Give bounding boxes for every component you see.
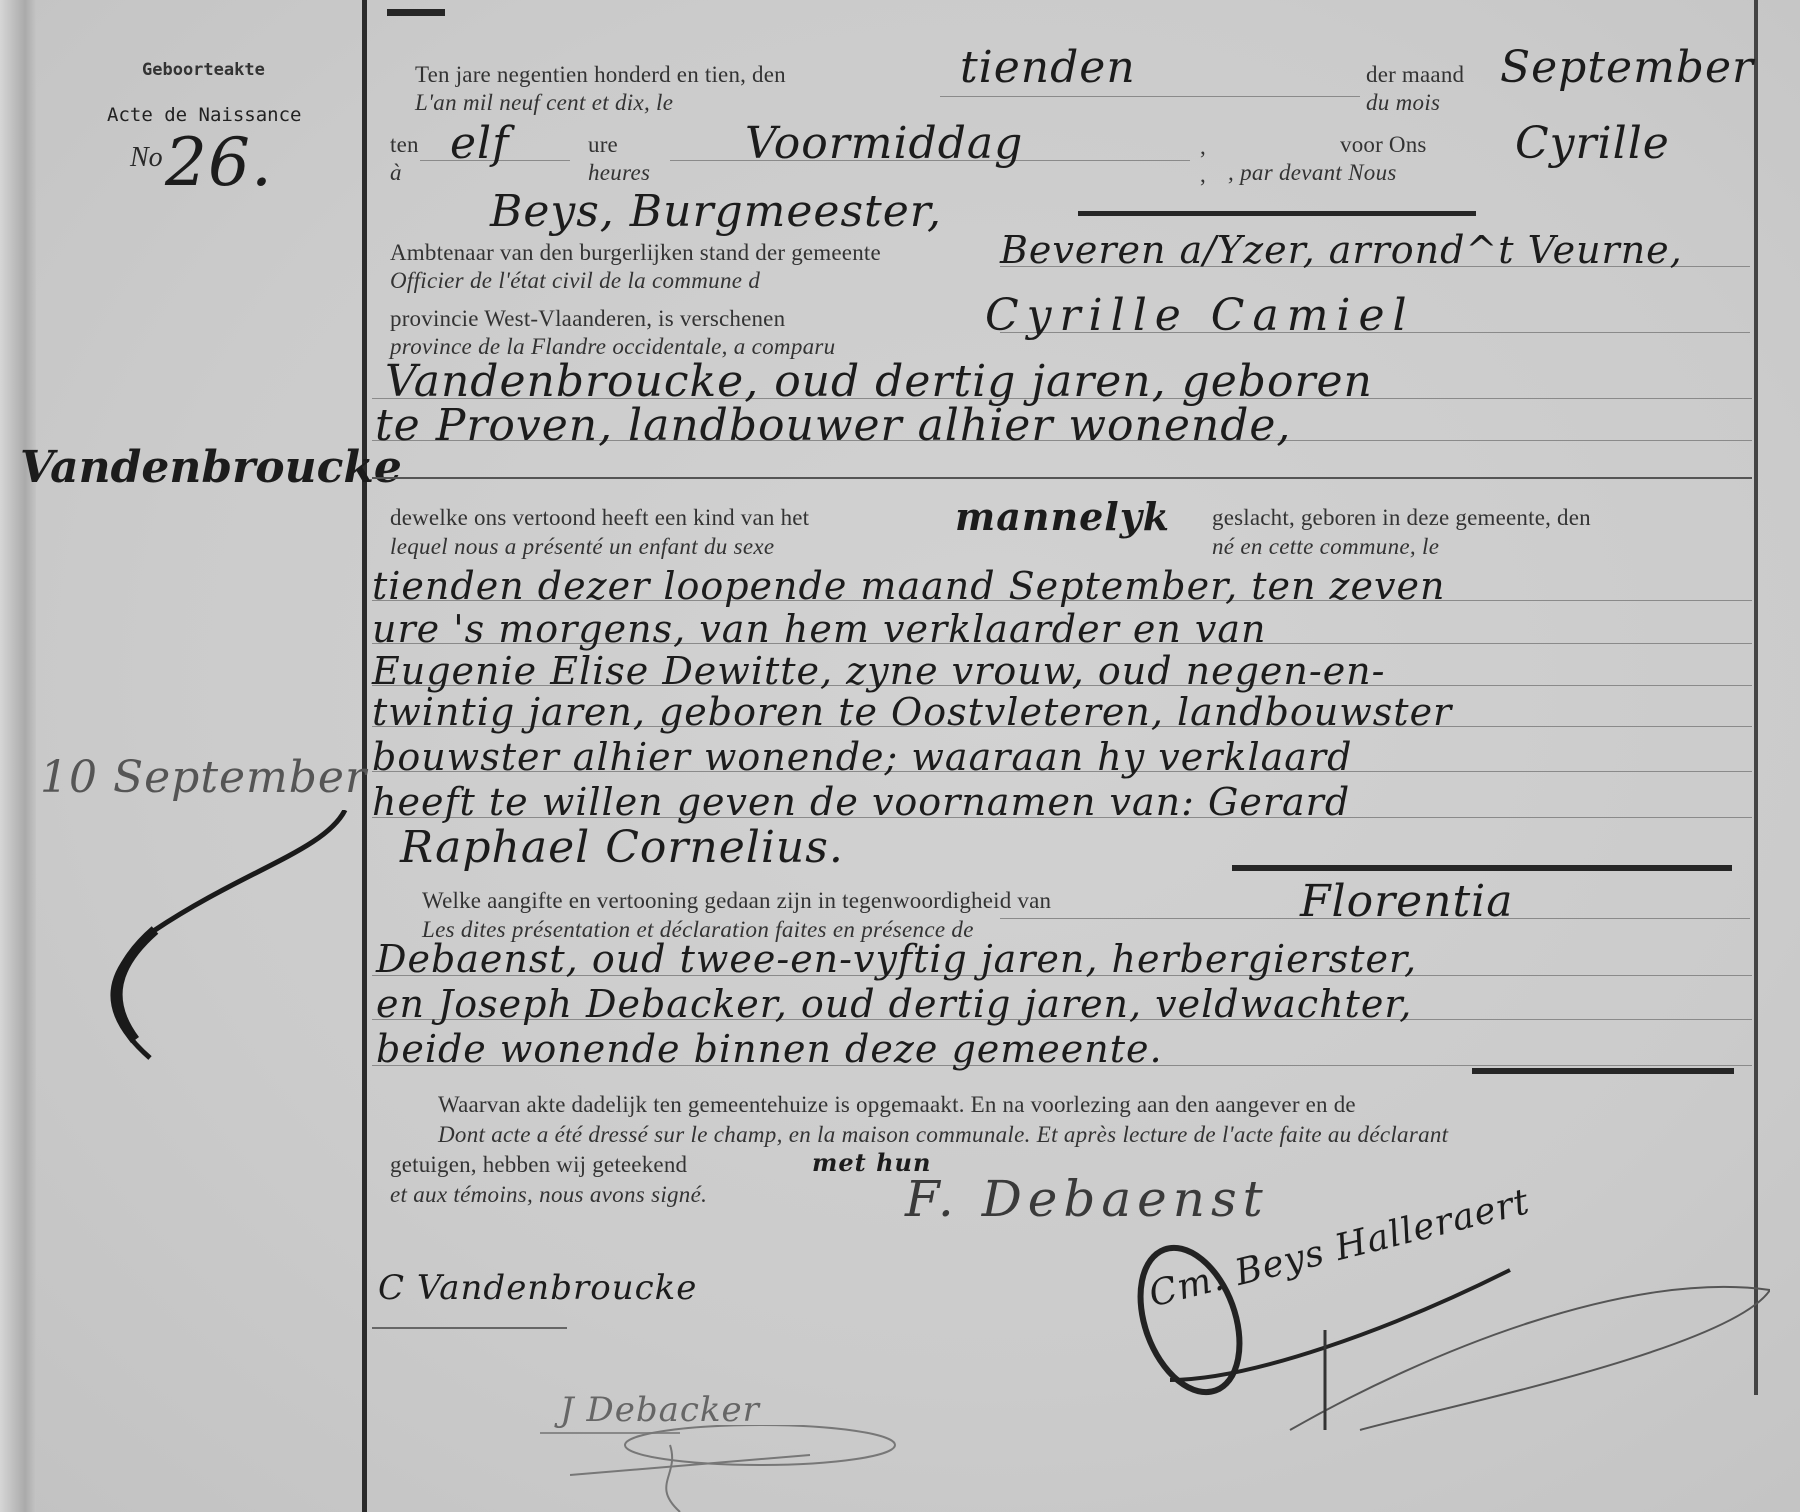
hw-witness-line2: en Joseph Debacker, oud dertig jaren, ve…	[376, 982, 1412, 1026]
hw-witness-line1: Debaenst, oud twee-en-vyftig jaren, herb…	[376, 937, 1417, 981]
hw-day: tienden	[960, 42, 1136, 93]
official-fr: Officier de l'état civil de la commune d	[390, 268, 760, 294]
child-fr: lequel nous a présenté un enfant du sexe	[390, 534, 774, 560]
signature-witness2: J Debacker	[560, 1390, 760, 1430]
closing-fr-1: Dont acte a été dressé sur le champ, en …	[438, 1122, 1448, 1148]
signature-witness1: F. Debaenst	[905, 1170, 1269, 1228]
fill-dash-3	[1232, 865, 1732, 871]
signature-line-declarant	[372, 1327, 567, 1329]
record-number-label: No	[130, 142, 163, 174]
comma-1: ,	[1200, 134, 1206, 160]
closing-nl-1: Waarvan akte dadelijk ten gemeentehuize …	[438, 1092, 1356, 1118]
book-binding-shadow	[0, 0, 36, 1512]
hw-declarant-line2: te Proven, landbouwer alhier wonende,	[375, 400, 1291, 451]
comma-2: ,	[1200, 162, 1206, 188]
signature-declarant: C Vandenbroucke	[378, 1268, 697, 1308]
witness-nl: Welke aangifte en vertooning gedaan zijn…	[422, 888, 1051, 914]
hw-birth-line6: heeft te willen geven de voornamen van: …	[372, 780, 1350, 824]
province-nl: provincie West-Vlaanderen, is verschenen	[390, 306, 785, 332]
before-fr: , par devant Nous	[1228, 160, 1397, 186]
closing-nl-2: getuigen, hebben wij geteekend	[390, 1152, 687, 1178]
hour-pre-fr: à	[390, 160, 402, 186]
month-label-nl: der maand	[1366, 62, 1464, 88]
hw-witness1-first: Florentia	[1300, 876, 1514, 927]
margin-title-fr: Acte de Naissance	[107, 104, 301, 126]
line1-nl: Ten jare negentien honderd en tien, den	[415, 62, 786, 88]
margin-flourish	[95, 810, 355, 1060]
hour-label-nl: ure	[588, 132, 618, 158]
hw-birth-line4: twintig jaren, geboren te Oostvleteren, …	[372, 690, 1452, 734]
hw-birth-line5: bouwster alhier wonende; waaraan hy verk…	[372, 735, 1352, 779]
line1-fr: L'an mil neuf cent et dix, le	[415, 90, 673, 116]
hw-child-names: Raphael Cornelius.	[400, 822, 844, 873]
fill-dash-4	[1472, 1068, 1734, 1074]
born-nl: geslacht, geboren in deze gemeente, den	[1212, 505, 1591, 531]
hw-municipality: Beveren a/Yzer, arrond^t Veurne,	[1000, 228, 1683, 272]
margin-surname: Vandenbroucke	[20, 442, 402, 493]
official-nl: Ambtenaar van den burgerlijken stand der…	[390, 240, 881, 266]
hw-mayor-first: Cyrille	[1515, 118, 1670, 169]
record-number: 26.	[165, 124, 273, 201]
hw-hour: elf	[450, 118, 509, 169]
hw-sex: mannelyk	[955, 494, 1170, 539]
hw-mayor-line: Beys, Burgmeester,	[490, 186, 942, 237]
day-fill-line	[940, 96, 1360, 97]
closing-fr-2: et aux témoins, nous avons signé.	[390, 1182, 707, 1208]
child-nl: dewelke ons vertoond heeft een kind van …	[390, 505, 809, 531]
witness2-flourish	[570, 1425, 930, 1512]
before-nl: voor Ons	[1340, 132, 1427, 158]
hw-birth-line2: ure 's morgens, van hem verklaarder en v…	[372, 607, 1266, 651]
hw-birth-line1: tienden dezer loopende maand September, …	[372, 564, 1445, 608]
hw-birth-line3: Eugenie Elise Dewitte, zyne vrouw, oud n…	[372, 649, 1386, 693]
margin-date-note: 10 September	[40, 752, 367, 803]
mayor-signature-flourish	[1130, 1230, 1770, 1512]
hw-time-of-day: Voormiddag	[745, 118, 1023, 169]
top-dash	[387, 9, 445, 16]
hour-pre-nl: ten	[390, 132, 419, 158]
right-margin-rule	[1754, 0, 1758, 1395]
hw-month: September	[1500, 42, 1754, 93]
hw-witness-line3: beide wonende binnen deze gemeente.	[376, 1027, 1163, 1071]
hour-label-fr: heures	[588, 160, 650, 186]
born-fr: né en cette commune, le	[1212, 534, 1439, 560]
fill-dash-1	[1078, 211, 1476, 216]
birth-certificate-page: Geboorteakte Acte de Naissance No 26. Va…	[0, 0, 1800, 1512]
fill-dash-2	[372, 477, 1752, 479]
margin-title-nl: Geboorteakte	[142, 60, 265, 80]
month-label-fr: du mois	[1366, 90, 1440, 116]
hw-declarant-first: Cyrille Camiel	[985, 290, 1415, 341]
